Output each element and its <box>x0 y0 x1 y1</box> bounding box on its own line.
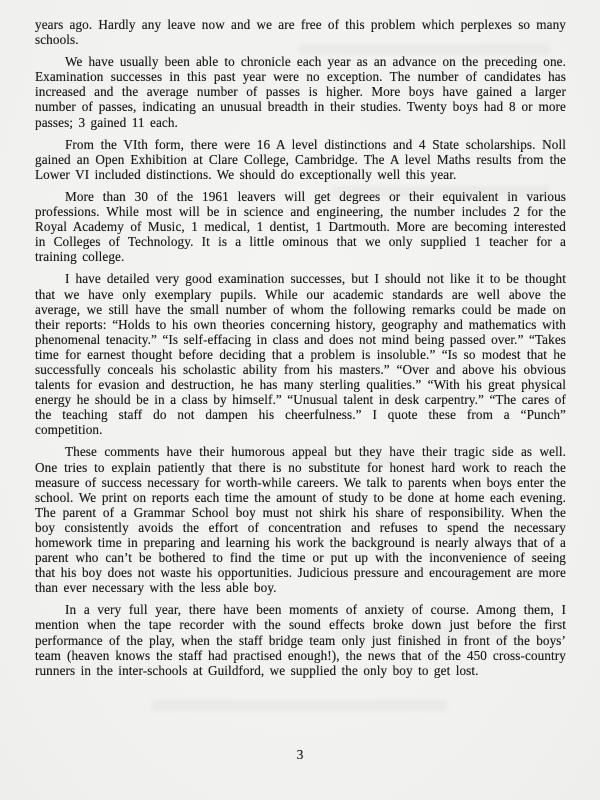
body-text: years ago. Hardly any leave now and we a… <box>35 17 566 685</box>
paragraph: We have usually been able to chronicle e… <box>35 54 566 129</box>
paragraph: From the VIth form, there were 16 A leve… <box>35 137 566 182</box>
paragraph: In a very full year, there have been mom… <box>35 602 566 677</box>
paragraph: These comments have their humorous appea… <box>35 444 566 595</box>
paragraph: More than 30 of the 1961 leavers will ge… <box>35 189 566 264</box>
document-page: years ago. Hardly any leave now and we a… <box>0 0 600 800</box>
scan-bleedthrough-artifact <box>152 700 447 711</box>
paragraph: years ago. Hardly any leave now and we a… <box>35 17 566 47</box>
paragraph: I have detailed very good examination su… <box>35 271 566 437</box>
page-number: 3 <box>0 747 600 763</box>
